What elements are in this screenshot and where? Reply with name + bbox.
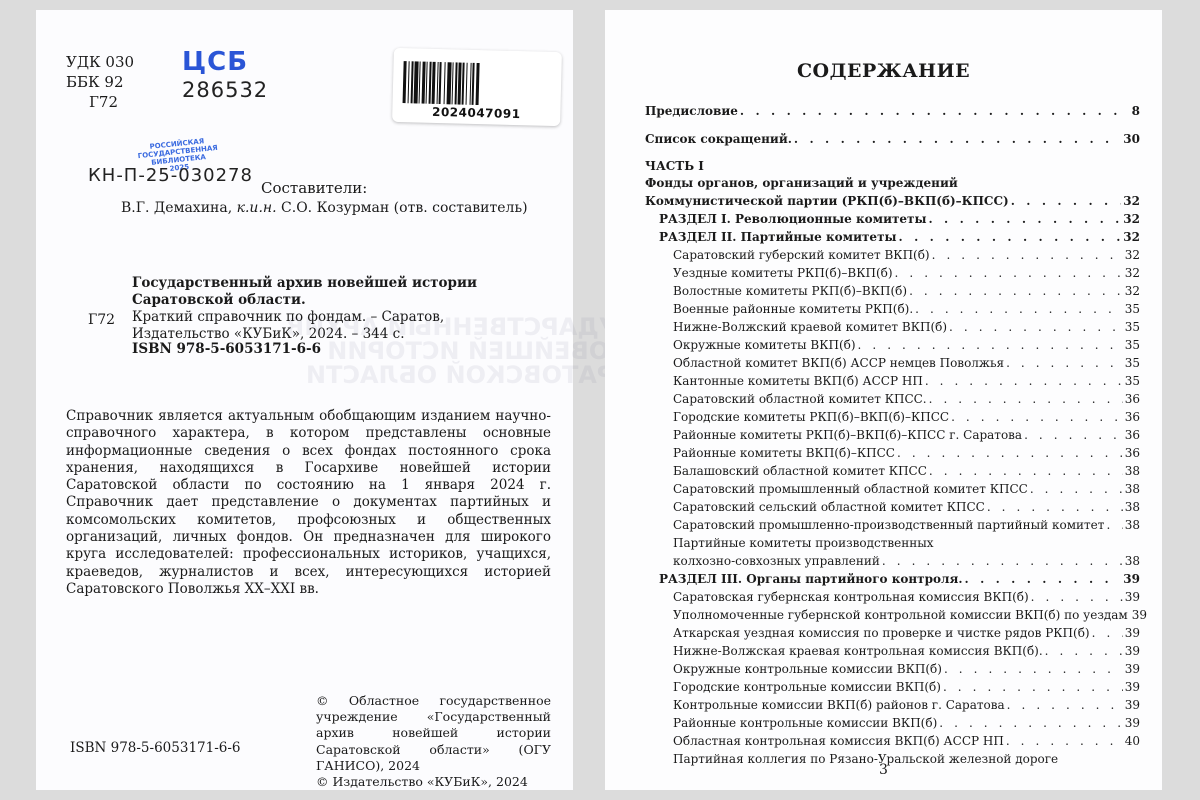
toc-entry-page: 38 [1125, 462, 1140, 480]
toc-leader-dots [1006, 354, 1123, 372]
toc-entry-page: 39 [1125, 642, 1140, 660]
toc-entry-page: 39 [1125, 624, 1140, 642]
toc-leader-dots [1006, 732, 1123, 750]
toc-entry: Фонды органов, организаций и учреждений [645, 175, 1140, 192]
toc-entry-label: Саратовский промышленно-производственный… [673, 516, 1104, 534]
toc-entry: Кантонные комитеты ВКП(б) АССР НП35 [645, 372, 1140, 390]
csb-handwritten-number: 286532 [182, 78, 268, 102]
toc-entry-page: 38 [1125, 552, 1140, 570]
toc-entry-page: 39 [1125, 696, 1140, 714]
toc-leader-dots [949, 318, 1123, 336]
toc-leader-dots [1007, 696, 1123, 714]
toc-entry: Волостные комитеты РКП(б)–ВКП(б)32 [645, 282, 1140, 300]
toc-leader-dots [925, 372, 1123, 390]
toc-leader-dots [939, 714, 1122, 732]
toc-leader-dots [951, 408, 1123, 426]
bib-details: Краткий справочник по фондам. – Саратов,… [132, 309, 542, 343]
toc-leader-dots [858, 336, 1123, 354]
right-page-contents: СОДЕРЖАНИЕ Предисловие8Список сокращений… [605, 10, 1162, 790]
toc-entry: Городские комитеты РКП(б)–ВКП(б)–КПСС36 [645, 408, 1140, 426]
toc-entry-page: 36 [1125, 408, 1140, 426]
toc-entry: Областной комитет ВКП(б) АССР немцев Пов… [645, 354, 1140, 372]
toc-leader-dots [929, 210, 1122, 228]
toc-entry-page: 36 [1125, 444, 1140, 462]
abstract: Справочник является актуальным обобщающи… [66, 408, 551, 598]
toc-entry: Саратовский губерский комитет ВКП(б)32 [645, 246, 1140, 264]
toc-entry-label: РАЗДЕЛ I. Революционные комитеты [659, 210, 927, 228]
toc-entry: Нижне-Волжский краевой комитет ВКП(б)35 [645, 318, 1140, 336]
toc-entry: Окружные комитеты ВКП(б)35 [645, 336, 1140, 354]
toc-leader-dots [1030, 480, 1123, 498]
toc-entry-page: 35 [1125, 372, 1140, 390]
classification-codes: УДК 030 ББК 92 Г72 [66, 52, 134, 112]
toc-entry-page: 32 [1125, 282, 1140, 300]
toc-entry: РАЗДЕЛ I. Революционные комитеты32 [645, 210, 1140, 228]
toc-entry-page: 35 [1125, 318, 1140, 336]
toc-entry-label: Контрольные комиссии ВКП(б) районов г. С… [673, 696, 1005, 714]
toc-entry-page: 30 [1123, 130, 1140, 148]
toc-entry-page: 8 [1126, 102, 1140, 120]
toc-entry: Саратовская губернская контрольная комис… [645, 588, 1140, 606]
toc-entry: колхозно-совхозных управлений38 [645, 552, 1140, 570]
copyright-publisher: © Издательство «КУБиК», 2024 [316, 774, 551, 790]
toc-entry: ЧАСТЬ I [645, 158, 1140, 175]
toc-entry-label: ЧАСТЬ I [645, 158, 704, 175]
barcode-icon [403, 61, 552, 107]
toc-entry-label: Коммунистической партии (РКП(б)–ВКП(б)–К… [645, 192, 1009, 210]
toc-entry-label: Предисловие [645, 102, 738, 120]
toc-entry-page: 32 [1125, 246, 1140, 264]
toc-entry-page: 35 [1125, 300, 1140, 318]
toc-entry-page: 36 [1125, 426, 1140, 444]
toc-entry: Уездные комитеты РКП(б)–ВКП(б)32 [645, 264, 1140, 282]
toc-entry-page: 39 [1125, 714, 1140, 732]
toc-entry-label: Областная контрольная комиссия ВКП(б) АС… [673, 732, 1004, 750]
toc-entry: Контрольные комиссии ВКП(б) районов г. С… [645, 696, 1140, 714]
toc-entry-label: РАЗДЕЛ II. Партийные комитеты [659, 228, 897, 246]
toc-leader-dots [895, 264, 1123, 282]
toc-entry: РАЗДЕЛ II. Партийные комитеты32 [645, 228, 1140, 246]
bibliographic-record: Государственный архив новейшей истории С… [132, 275, 542, 343]
toc-entry: Саратовский промышленный областной комит… [645, 480, 1140, 498]
toc-entry-label: Балашовский областной комитет КПСС [673, 462, 927, 480]
toc-entry: РАЗДЕЛ III. Органы партийного контроля.3… [645, 570, 1140, 588]
toc-entry-page: 38 [1125, 516, 1140, 534]
toc-leader-dots [794, 130, 1121, 148]
bib-index: Г72 [88, 312, 115, 328]
toc-leader-dots [929, 462, 1123, 480]
toc-entry: Балашовский областной комитет КПСС38 [645, 462, 1140, 480]
toc-entry-label: Окружные контрольные комиссии ВКП(б) [673, 660, 942, 678]
toc-entry-label: Областной комитет ВКП(б) АССР немцев Пов… [673, 354, 1004, 372]
toc-entry-label: колхозно-совхозных управлений [673, 552, 880, 570]
toc-entry-page: 39 [1125, 588, 1140, 606]
toc-entry: Саратовский областной комитет КПСС.36 [645, 390, 1140, 408]
toc-entry: Уполномоченные губернской контрольной ко… [645, 606, 1140, 624]
toc-entry-label: Районные комитеты ВКП(б)–КПСС [673, 444, 895, 462]
toc-leader-dots [1031, 588, 1123, 606]
toc-entry: Нижне-Волжская краевая контрольная комис… [645, 642, 1140, 660]
toc-entry-label: Саратовский сельский областной комитет К… [673, 498, 985, 516]
toc-entry-page: 38 [1125, 498, 1140, 516]
toc-leader-dots [932, 246, 1123, 264]
toc-leader-dots [1045, 642, 1123, 660]
toc-entry: Областная контрольная комиссия ВКП(б) АС… [645, 732, 1140, 750]
isbn-footer: ISBN 978-5-6053171-6-6 [70, 740, 241, 756]
compilers-label: Составители: [261, 179, 367, 197]
toc-entry-label: Военные районные комитеты РКП(б). [673, 300, 913, 318]
toc-entry-page: 35 [1125, 336, 1140, 354]
toc-entry-page: 35 [1125, 354, 1140, 372]
toc-entry-page: 39 [1125, 678, 1140, 696]
toc-leader-dots [1011, 192, 1122, 210]
toc-leader-dots [943, 678, 1123, 696]
toc-entry-label: Фонды органов, организаций и учреждений [645, 175, 958, 192]
toc-entry-label: Районные комитеты РКП(б)–ВКП(б)–КПСС г. … [673, 426, 1022, 444]
toc-entry-page: 39 [1132, 606, 1146, 624]
toc-entry-label: Саратовский областной комитет КПСС. [673, 390, 927, 408]
toc-leader-dots [899, 228, 1122, 246]
copyright-block: © Областное государственное учреждение «… [316, 693, 551, 790]
bib-title: Государственный архив новейшей истории С… [132, 275, 542, 309]
toc-leader-dots [944, 660, 1123, 678]
toc-entry: Предисловие8 [645, 102, 1140, 120]
toc-entry: Саратовский промышленно-производственный… [645, 516, 1140, 534]
toc-entry-label: Районные контрольные комиссии ВКП(б) [673, 714, 937, 732]
isbn-record: ISBN 978-5-6053171-6-6 [132, 341, 321, 357]
toc-leader-dots [1024, 426, 1123, 444]
toc-entry: Партийные комитеты производственных [645, 534, 1140, 552]
toc-entry-page: 38 [1125, 480, 1140, 498]
toc-entry: Окружные контрольные комиссии ВКП(б)39 [645, 660, 1140, 678]
csb-stamp: ЦСБ [182, 50, 248, 74]
toc-entry-page: 32 [1123, 210, 1140, 228]
toc-entry-label: Волостные комитеты РКП(б)–ВКП(б) [673, 282, 907, 300]
toc-entry-label: Городские комитеты РКП(б)–ВКП(б)–КПСС [673, 408, 949, 426]
toc-entry: Список сокращений.30 [645, 130, 1140, 148]
copyright-archive: © Областное государственное учреждение «… [316, 693, 551, 774]
barcode-label: 2024047091 [392, 48, 562, 126]
toc-entry-label: Нижне-Волжская краевая контрольная комис… [673, 642, 1043, 660]
toc-entry-label: Список сокращений. [645, 130, 792, 148]
toc-entry-label: РАЗДЕЛ III. Органы партийного контроля. [659, 570, 963, 588]
toc-entry-page: 39 [1123, 570, 1140, 588]
author-mark: Г72 [66, 92, 134, 112]
toc-title: СОДЕРЖАНИЕ [605, 60, 1162, 82]
barcode-number: 2024047091 [392, 104, 560, 122]
toc-leader-dots [929, 390, 1123, 408]
toc-entry-label: Городские контрольные комиссии ВКП(б) [673, 678, 941, 696]
toc-entry-page: 40 [1125, 732, 1140, 750]
toc-leader-dots [740, 102, 1124, 120]
toc-entry: Районные комитеты ВКП(б)–КПСС36 [645, 444, 1140, 462]
toc-leader-dots [915, 300, 1123, 318]
toc-entry-page: 32 [1125, 264, 1140, 282]
udk-code: УДК 030 [66, 52, 134, 72]
toc-entry-label: Саратовская губернская контрольная комис… [673, 588, 1029, 606]
toc-entry-label: Кантонные комитеты ВКП(б) АССР НП [673, 372, 923, 390]
compilers-names: В.Г. Демахина, к.и.н. С.О. Козурман (отв… [121, 200, 528, 216]
page-number: 3 [605, 762, 1162, 778]
inventory-number: КН-П-25-030278 [88, 165, 253, 186]
bbk-code: ББК 92 [66, 72, 134, 92]
toc-entry-label: Окружные комитеты ВКП(б) [673, 336, 856, 354]
toc-entry-label: Партийные комитеты производственных [673, 534, 934, 552]
toc-entry-label: Аткарская уездная комиссия по проверке и… [673, 624, 1090, 642]
toc-entry: Военные районные комитеты РКП(б).35 [645, 300, 1140, 318]
toc-entry: Районные контрольные комиссии ВКП(б)39 [645, 714, 1140, 732]
toc-leader-dots [965, 570, 1122, 588]
toc-entry-label: Уездные комитеты РКП(б)–ВКП(б) [673, 264, 893, 282]
toc-entry-page: 36 [1125, 390, 1140, 408]
toc-entry: Аткарская уездная комиссия по проверке и… [645, 624, 1140, 642]
toc-leader-dots [909, 282, 1123, 300]
toc-leader-dots [882, 552, 1123, 570]
toc-entry-label: Уполномоченные губернской контрольной ко… [673, 606, 1128, 624]
toc-entry-label: Саратовский промышленный областной комит… [673, 480, 1028, 498]
toc-list: Предисловие8Список сокращений.30ЧАСТЬ IФ… [645, 102, 1140, 768]
toc-entry: Коммунистической партии (РКП(б)–ВКП(б)–К… [645, 192, 1140, 210]
left-page-title-verso: УДК 030 ББК 92 Г72 ЦСБ 286532 2024047091… [36, 10, 573, 790]
toc-entry-page: 39 [1125, 660, 1140, 678]
toc-entry-label: Нижне-Волжский краевой комитет ВКП(б) [673, 318, 947, 336]
toc-leader-dots [1106, 516, 1122, 534]
toc-entry-label: Саратовский губерский комитет ВКП(б) [673, 246, 930, 264]
toc-entry-page: 32 [1123, 228, 1140, 246]
toc-entry-page: 32 [1123, 192, 1140, 210]
toc-entry: Районные комитеты РКП(б)–ВКП(б)–КПСС г. … [645, 426, 1140, 444]
toc-leader-dots [987, 498, 1123, 516]
toc-entry: Саратовский сельский областной комитет К… [645, 498, 1140, 516]
toc-entry: Городские контрольные комиссии ВКП(б)39 [645, 678, 1140, 696]
toc-leader-dots [897, 444, 1123, 462]
toc-leader-dots [1092, 624, 1123, 642]
